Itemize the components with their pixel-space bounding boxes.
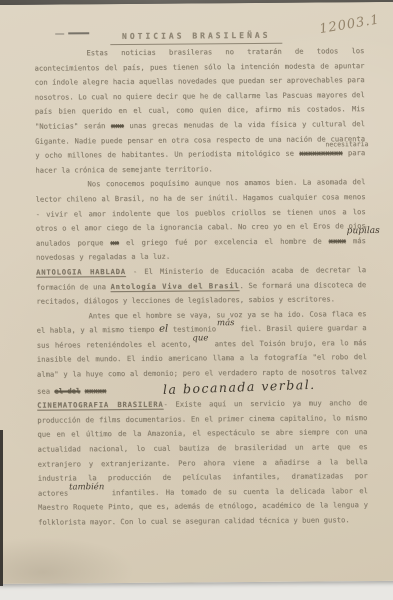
correction-group: xxxxpupilas bbox=[329, 236, 346, 245]
struck-out-text: xx bbox=[110, 238, 119, 247]
struck-out-text: el del bbox=[54, 386, 80, 395]
struck-out-text: xxxxxxxxxx bbox=[299, 148, 342, 157]
typed-text: Estas noticias brasileras no tratarán de… bbox=[34, 46, 364, 131]
paragraph: Antes que el hombre se vaya, su voz ya s… bbox=[36, 307, 367, 399]
struck-out-text: xxxxx bbox=[85, 386, 107, 395]
title-row: NOTICIAS BRASILEÑAS bbox=[0, 22, 393, 46]
handwritten-insertion: más bbox=[217, 318, 235, 328]
handwritten-correction-above: pupilas bbox=[295, 227, 380, 236]
paragraph: CINEMATOGRAFIA BRASILERA- Existe aquí un… bbox=[37, 396, 368, 530]
handwritten-insertion: también bbox=[69, 482, 104, 492]
handwritten-correction: el bbox=[159, 324, 168, 335]
scan-edge-left bbox=[0, 430, 3, 586]
paragraph: Estas noticias brasileras no tratarán de… bbox=[34, 44, 365, 178]
paragraph: ANTOLOGIA HABLADA - El Ministerio de Edu… bbox=[36, 263, 366, 309]
typed-correction-above: necesitaría bbox=[273, 140, 368, 149]
underlined-heading: Antología Viva del Brasil bbox=[110, 281, 239, 291]
handwritten-phrase: la bocanada verbal. bbox=[110, 377, 315, 399]
struck-out-text: xxxx bbox=[329, 236, 346, 245]
correction-group: xxxxxxxxxxnecesitaría bbox=[299, 148, 342, 157]
underlined-heading: CINEMATOGRAFIA BRASILERA bbox=[37, 400, 163, 410]
document-body: Estas noticias brasileras no tratarán de… bbox=[34, 44, 368, 530]
typed-text: el griego fué por excelencia el hombre d… bbox=[119, 236, 329, 247]
document-page: 12003.1 NOTICIAS BRASILEÑAS Estas notici… bbox=[0, 2, 393, 584]
underlined-heading: ANTOLOGIA HABLADA bbox=[36, 267, 126, 277]
handwritten-insertion: que bbox=[192, 333, 208, 343]
scanned-document: { "scan": { "archival_number": "12003.1"… bbox=[0, 0, 393, 600]
paragraph: Nos conocemos poquísimo aunque nos amamo… bbox=[35, 175, 366, 265]
struck-out-text: xxx bbox=[111, 121, 124, 130]
document-title: NOTICIAS BRASILEÑAS bbox=[110, 31, 283, 45]
